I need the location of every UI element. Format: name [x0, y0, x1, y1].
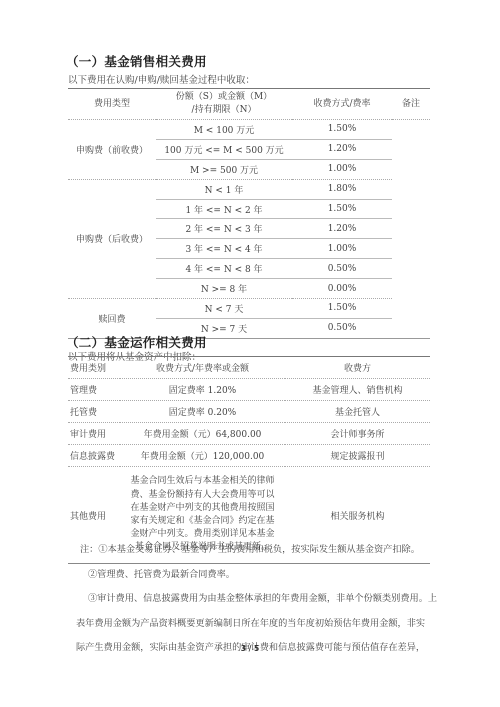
table-row: 信息披露费 年费用金额（元）120,000.00 规定披露报刊	[68, 445, 430, 467]
section1-title: （一）基金销售相关费用	[66, 52, 207, 70]
payee-cell: 基金托管人	[285, 401, 430, 423]
range-cell: M >= 500 万元	[156, 159, 292, 179]
note-line: 表年费用金额为产品资料概要更新编制日所在年度的当年度初始预估年费用金额，非实	[76, 612, 438, 637]
rate-cell: 1.00%	[292, 159, 392, 179]
range-cell: N < 1 年	[156, 179, 292, 199]
header-note: 备注	[392, 89, 430, 120]
header-rate: 收费方式/费率	[292, 89, 392, 120]
category-cell: 审计费用	[68, 423, 120, 445]
table-header-row: 费用类别 收费方式/年费率或金额 收费方	[68, 357, 430, 379]
rate-cell: 1.20%	[292, 219, 392, 239]
payee-cell: 会计师事务所	[285, 423, 430, 445]
header-range-line1: 份额（S）或金额（M）	[156, 91, 292, 104]
sales-fee-table: 费用类型 份额（S）或金额（M） /持有期限（N） 收费方式/费率 备注 申购费…	[68, 88, 430, 339]
method-cell: 固定费率 1.20%	[120, 379, 285, 401]
table-row: 赎回费 N < 7 天 1.50%	[68, 299, 430, 319]
rate-cell: 1.50%	[292, 120, 392, 140]
method-cell: 年费用金额（元）64,800.00	[120, 423, 285, 445]
note-line: ③审计费用、信息披露费用为由基金整体承担的年费用金额，非单个份额类别费用。上	[88, 587, 438, 612]
table-row: 审计费用 年费用金额（元）64,800.00 会计师事务所	[68, 423, 430, 445]
rate-cell: 1.50%	[292, 299, 392, 319]
category-cell: 信息披露费	[68, 445, 120, 467]
rate-cell: 0.50%	[292, 259, 392, 279]
note-line: ②管理费、托管费为最新合同费率。	[88, 563, 438, 588]
rate-cell: 1.50%	[292, 199, 392, 219]
range-cell: N < 7 天	[156, 299, 292, 319]
range-cell: 100 万元 <= M < 500 万元	[156, 139, 292, 159]
table-row: 管理费 固定费率 1.20% 基金管理人、销售机构	[68, 379, 430, 401]
rate-cell: 0.00%	[292, 279, 392, 299]
rate-cell: 1.00%	[292, 239, 392, 259]
note-line: 注：①本基金交易证券、基金等产生的费用和税负，按实际发生额从基金资产扣除。	[80, 538, 438, 563]
header-method: 收费方式/年费率或金额	[120, 357, 285, 379]
method-cell: 固定费率 0.20%	[120, 401, 285, 423]
category-cell: 管理费	[68, 379, 120, 401]
header-category: 费用类别	[68, 357, 120, 379]
range-cell: 2 年 <= N < 3 年	[156, 219, 292, 239]
range-cell: 3 年 <= N < 4 年	[156, 239, 292, 259]
table-row: 托管费 固定费率 0.20% 基金托管人	[68, 401, 430, 423]
range-cell: 4 年 <= N < 8 年	[156, 259, 292, 279]
table-row: 申购费（后收费） N < 1 年 1.80%	[68, 179, 430, 199]
range-cell: 1 年 <= N < 2 年	[156, 199, 292, 219]
method-cell: 年费用金额（元）120,000.00	[120, 445, 285, 467]
table-header-row: 费用类型 份额（S）或金额（M） /持有期限（N） 收费方式/费率 备注	[68, 89, 430, 120]
header-fee-type: 费用类型	[68, 89, 156, 120]
header-payee: 收费方	[285, 357, 430, 379]
header-range-line2: /持有期限（N）	[156, 104, 292, 117]
operation-fee-table: 费用类别 收费方式/年费率或金额 收费方 管理费 固定费率 1.20% 基金管理…	[68, 356, 430, 564]
range-cell: M < 100 万元	[156, 120, 292, 140]
header-range: 份额（S）或金额（M） /持有期限（N）	[156, 89, 292, 120]
note-cell	[392, 120, 430, 339]
payee-cell: 基金管理人、销售机构	[285, 379, 430, 401]
document-page: （一）基金销售相关费用 以下费用在认购/申购/赎回基金过程中收取： 费用类型 份…	[0, 0, 500, 707]
range-cell: N >= 8 年	[156, 279, 292, 299]
rate-cell: 0.50%	[292, 318, 392, 338]
payee-cell: 规定披露报刊	[285, 445, 430, 467]
group-type: 申购费（后收费）	[68, 179, 156, 298]
rate-cell: 1.20%	[292, 139, 392, 159]
page-number: 3 / 5	[0, 644, 500, 653]
category-cell: 托管费	[68, 401, 120, 423]
rate-cell: 1.80%	[292, 179, 392, 199]
group-type: 申购费（前收费）	[68, 120, 156, 180]
notes-block: 注：①本基金交易证券、基金等产生的费用和税负，按实际发生额从基金资产扣除。 ②管…	[88, 538, 438, 661]
section1-subtitle: 以下费用在认购/申购/赎回基金过程中收取：	[68, 72, 255, 86]
table-row: 申购费（前收费） M < 100 万元 1.50%	[68, 120, 430, 140]
